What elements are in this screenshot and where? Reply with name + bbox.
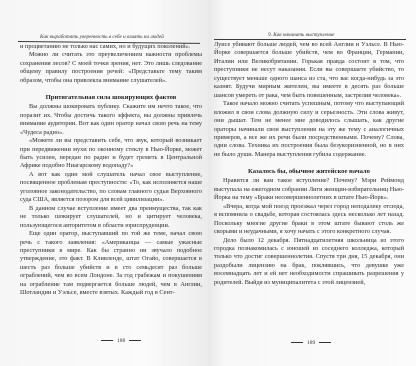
- right-page-body: Луисе убивают больше людей, чем во всей …: [214, 41, 404, 287]
- dash-decoration: [291, 342, 303, 343]
- header-rule-right: [214, 39, 406, 40]
- book-spread: Как выработать уверенность в себе и влия…: [0, 0, 416, 366]
- paragraph: В данном случае вступление имеет два пре…: [20, 205, 202, 230]
- paragraph: Такое начало можно считать успешным, пот…: [214, 100, 404, 159]
- paragraph: Вы должны шокировать публику. Скажите им…: [20, 103, 202, 137]
- section-heading: Притягательная сила шокирующих фактов: [20, 93, 202, 102]
- page-number: 189: [307, 340, 315, 346]
- page-number: 188: [117, 338, 125, 344]
- paragraph: «Вчера, когда мой поезд проезжал через г…: [214, 203, 404, 237]
- right-page: 9. Как начинать выступление Луисе убиваю…: [208, 0, 416, 366]
- paragraph: Дело было 12 декабря. Пятнадцатилетняя ш…: [214, 237, 404, 288]
- paragraph: Луисе убивают больше людей, чем во всей …: [214, 41, 404, 100]
- paragraph: Нравится ли вам такое вступление? Почему…: [214, 177, 404, 202]
- paragraph: «Можете ли вы представить себе, что звук…: [20, 137, 202, 171]
- paragraph: А вот как один мой слушатель начал свое …: [20, 171, 202, 205]
- section-heading: Казалось бы, обычное житейское начало: [214, 167, 404, 176]
- paragraph: Еще один оратор, выступавший по той же т…: [20, 230, 202, 298]
- left-page: Как выработать уверенность в себе и влия…: [0, 0, 208, 366]
- dash-decoration: [129, 340, 141, 341]
- page-number-right: 189: [287, 340, 335, 347]
- paragraph: Можно ли считать это преувеличением важн…: [20, 51, 202, 85]
- paragraph: и процветанию не только нас самих, но и …: [20, 43, 202, 51]
- dash-decoration: [319, 342, 331, 343]
- running-head-right: 9. Как начинать выступление: [268, 32, 334, 39]
- left-page-body: и процветанию не только нас самих, но и …: [20, 43, 202, 298]
- dash-decoration: [101, 340, 113, 341]
- running-head-left: Как выработать уверенность в себе и влия…: [40, 34, 164, 41]
- page-number-left: 188: [97, 338, 145, 345]
